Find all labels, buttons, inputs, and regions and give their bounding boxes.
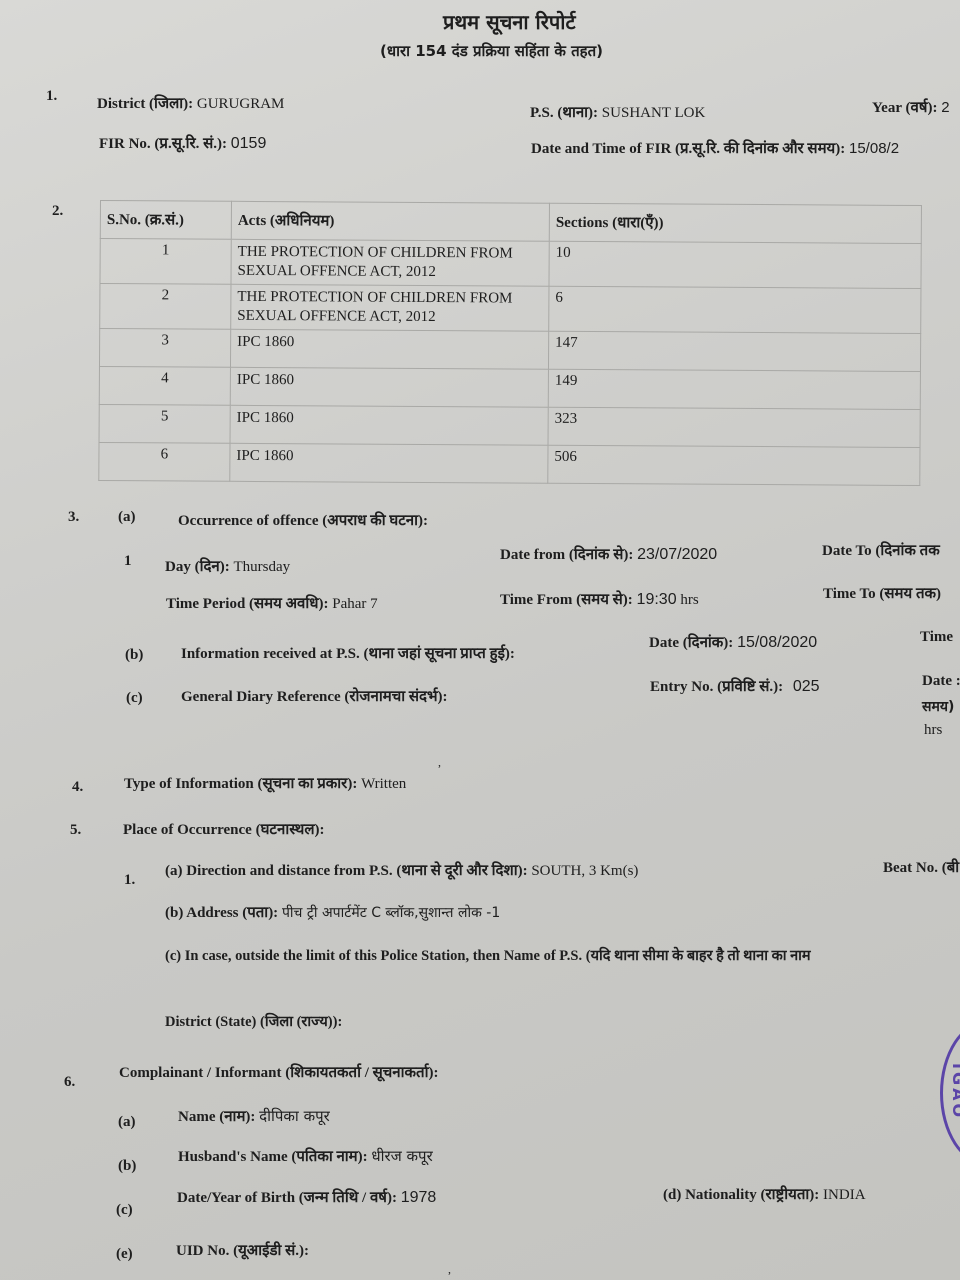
time-from-unit: hrs xyxy=(680,592,698,608)
section-3c-marker: (c) xyxy=(126,690,143,707)
section-cell: 6 xyxy=(549,286,921,333)
section-cell: 147 xyxy=(548,331,920,371)
section-3b-marker: (b) xyxy=(125,647,143,664)
sno-cell: 5 xyxy=(99,404,230,443)
entry-number-value: 025 xyxy=(793,678,820,695)
general-diary-label: General Diary Reference (रोजनामचा संदर्भ… xyxy=(181,686,448,706)
uid-label: UID No. (यूआईडी सं.): xyxy=(176,1240,309,1260)
husband-name-value: धीरज कपूर xyxy=(371,1147,432,1165)
day-field: Day (दिन): Thursday xyxy=(165,556,290,576)
sno-cell: 6 xyxy=(99,442,230,481)
place-item-number: 1. xyxy=(124,872,135,889)
complainant-name-field: Name (नाम): दीपिका कपूर xyxy=(178,1106,330,1126)
address-label: (b) Address (पता): xyxy=(165,905,278,921)
year-label: Year (वर्ष): xyxy=(872,100,937,116)
beat-number-label: Beat No. (बी xyxy=(883,857,959,877)
fir-datetime-label: Date and Time of FIR (प्र.सू.रि. की दिना… xyxy=(531,141,845,157)
husband-name-field: Husband's Name (पतिका नाम): धीरज कपूर xyxy=(178,1146,433,1166)
column-header-acts: Acts (अधिनियम) xyxy=(231,201,549,241)
nationality-field: (d) Nationality (राष्ट्रीयता): INDIA xyxy=(663,1184,866,1204)
section-4-number: 4. xyxy=(72,779,83,796)
act-cell: THE PROTECTION OF CHILDREN FROM SEXUAL O… xyxy=(231,284,549,331)
date-to-label: Date To (दिनांक तक xyxy=(822,540,940,560)
time-from-field: Time From (समय से): 19:30 hrs xyxy=(500,589,699,609)
gd-hrs-label: hrs xyxy=(924,722,942,739)
date-from-field: Date from (दिनांक से): 23/07/2020 xyxy=(500,544,717,564)
gd-date-label: Date : xyxy=(922,673,960,690)
sno-cell: 1 xyxy=(100,239,231,285)
direction-label: (a) Direction and distance from P.S. (था… xyxy=(165,863,528,879)
section-cell: 10 xyxy=(549,241,921,288)
entry-number-field: Entry No. (प्रविष्टि सं.): 025 xyxy=(650,676,820,696)
table-row: 5 IPC 1860 323 xyxy=(99,404,920,447)
entry-number-label: Entry No. (प्रविष्टि सं.): xyxy=(650,679,783,695)
year-value: 2 xyxy=(941,99,949,116)
complainant-label: Complainant / Informant (शिकायतकर्ता / स… xyxy=(119,1062,438,1082)
occurrence-item-number: 1 xyxy=(124,553,132,570)
section-cell: 323 xyxy=(548,407,920,447)
time-period-value: Pahar 7 xyxy=(332,596,377,612)
fir-number-field: FIR No. (प्र.सू.रि. सं.): 0159 xyxy=(99,133,266,153)
occurrence-label: Occurrence of offence (अपराध की घटना): xyxy=(178,510,428,530)
place-of-occurrence-label: Place of Occurrence (घटनास्थल): xyxy=(123,819,325,839)
info-type-label: Type of Information (सूचना का प्रकार): xyxy=(124,776,357,792)
husband-marker: (b) xyxy=(118,1158,136,1175)
dob-field: Date/Year of Birth (जन्म तिथि / वर्ष): 1… xyxy=(177,1187,436,1207)
year-field: Year (वर्ष): 2 xyxy=(872,97,950,117)
nationality-label: (d) Nationality (राष्ट्रीयता): xyxy=(663,1187,819,1203)
time-period-label: Time Period (समय अवधि): xyxy=(166,596,329,612)
section-3a-marker: (a) xyxy=(118,509,136,526)
info-type-value: Written xyxy=(361,776,406,792)
section-cell: 506 xyxy=(548,445,920,485)
section-2-number: 2. xyxy=(52,203,63,220)
info-received-label: Information received at P.S. (थाना जहां … xyxy=(181,643,515,663)
pen-mark: , xyxy=(448,1262,451,1277)
table-row: 1 THE PROTECTION OF CHILDREN FROM SEXUAL… xyxy=(100,239,921,289)
date-from-value: 23/07/2020 xyxy=(637,546,717,563)
act-cell: IPC 1860 xyxy=(230,367,548,407)
time-from-value: 19:30 xyxy=(637,591,677,608)
act-cell: IPC 1860 xyxy=(230,443,548,483)
section-5-number: 5. xyxy=(70,822,81,839)
outside-limit-label: (c) In case, outside the limit of this P… xyxy=(165,945,811,965)
section-3-number: 3. xyxy=(68,509,79,526)
table-row: 3 IPC 1860 147 xyxy=(99,329,920,372)
police-station-label: P.S. (थाना): xyxy=(530,105,598,121)
table-row: 2 THE PROTECTION OF CHILDREN FROM SEXUAL… xyxy=(100,284,921,334)
sno-cell: 2 xyxy=(100,284,231,330)
section-6-number: 6. xyxy=(64,1074,75,1091)
nationality-value: INDIA xyxy=(823,1187,866,1203)
name-marker: (a) xyxy=(118,1114,136,1131)
stamp-text: IGAO xyxy=(949,1063,960,1120)
district-state-label: District (State) (जिला (राज्य)): xyxy=(165,1011,342,1031)
fir-number-label: FIR No. (प्र.सू.रि. सं.): xyxy=(99,136,227,152)
sno-cell: 4 xyxy=(99,366,230,405)
table-row: 4 IPC 1860 149 xyxy=(99,366,920,409)
sno-cell: 3 xyxy=(99,329,230,368)
direction-value: SOUTH, 3 Km(s) xyxy=(531,863,638,879)
section-cell: 149 xyxy=(548,369,920,409)
fir-datetime-field: Date and Time of FIR (प्र.सू.रि. की दिना… xyxy=(531,138,899,158)
section-1-number: 1. xyxy=(46,88,57,105)
column-header-sections: Sections (धारा(एँ)) xyxy=(549,203,921,243)
info-received-date-value: 15/08/2020 xyxy=(737,634,817,651)
info-type-field: Type of Information (सूचना का प्रकार): W… xyxy=(124,773,406,793)
uid-marker: (e) xyxy=(116,1246,133,1263)
table-row: 6 IPC 1860 506 xyxy=(99,442,920,485)
time-to-label: Time To (समय तक) xyxy=(823,583,941,603)
day-value: Thursday xyxy=(234,559,291,575)
fir-datetime-value: 15/08/2 xyxy=(849,140,899,157)
act-cell: THE PROTECTION OF CHILDREN FROM SEXUAL O… xyxy=(231,239,549,286)
act-cell: IPC 1860 xyxy=(230,405,548,445)
info-received-date-field: Date (दिनांक): 15/08/2020 xyxy=(649,632,817,652)
complainant-name-label: Name (नाम): xyxy=(178,1109,255,1125)
address-field: (b) Address (पता): पीच ट्री अपार्टमेंट C… xyxy=(165,902,500,922)
table-header-row: S.No. (क्र.सं.) Acts (अधिनियम) Sections … xyxy=(100,201,921,244)
act-cell: IPC 1860 xyxy=(230,329,548,369)
column-header-sno: S.No. (क्र.सं.) xyxy=(100,201,231,240)
complainant-name-value: दीपिका कपूर xyxy=(259,1107,330,1125)
dob-marker: (c) xyxy=(116,1202,133,1219)
dob-label: Date/Year of Birth (जन्म तिथि / वर्ष): xyxy=(177,1190,397,1206)
direction-field: (a) Direction and distance from P.S. (था… xyxy=(165,860,638,880)
time-period-field: Time Period (समय अवधि): Pahar 7 xyxy=(166,593,378,613)
document-title: प्रथम सूचना रिपोर्ट xyxy=(443,8,576,35)
district-label: District (जिला): xyxy=(97,96,193,112)
address-value: पीच ट्री अपार्टमेंट C ब्लॉक,सुशान्त लोक … xyxy=(282,905,500,921)
info-received-date-label: Date (दिनांक): xyxy=(649,635,733,651)
date-from-label: Date from (दिनांक से): xyxy=(500,547,633,563)
time-from-label: Time From (समय से): xyxy=(500,592,633,608)
document-subtitle: (धारा 154 दंड प्रक्रिया सहिंता के तहत) xyxy=(380,41,603,61)
info-received-time-label: Time xyxy=(920,629,953,646)
pen-mark: , xyxy=(438,755,441,770)
husband-name-label: Husband's Name (पतिका नाम): xyxy=(178,1149,368,1165)
fir-number-value: 0159 xyxy=(231,135,267,152)
district-field: District (जिला): GURUGRAM xyxy=(97,93,284,113)
day-label: Day (दिन): xyxy=(165,559,230,575)
police-station-field: P.S. (थाना): SUSHANT LOK xyxy=(530,102,705,122)
gd-samay-label: समय) xyxy=(922,697,954,716)
district-value: GURUGRAM xyxy=(197,96,285,112)
acts-sections-table: S.No. (क्र.सं.) Acts (अधिनियम) Sections … xyxy=(98,200,922,486)
official-stamp: IGAO xyxy=(940,1020,960,1166)
police-station-value: SUSHANT LOK xyxy=(602,105,705,121)
dob-value: 1978 xyxy=(401,1189,437,1206)
